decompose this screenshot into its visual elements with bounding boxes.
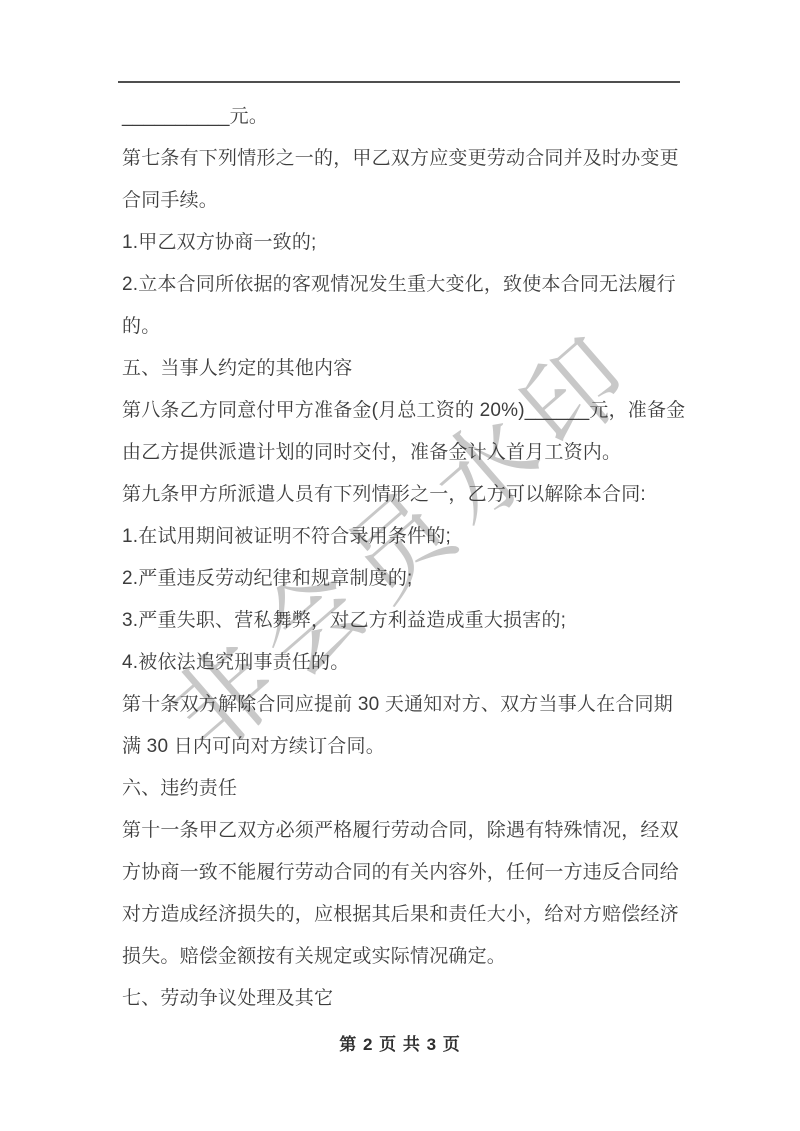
document-text-line: 2.立本合同所依据的客观情况发生重大变化，致使本合同无法履行: [122, 264, 682, 306]
document-text-line: 第八条乙方同意付甲方准备金(月总工资的 20%)______元，准备金: [122, 390, 682, 432]
document-text-line: 1.甲乙双方协商一致的;: [122, 222, 682, 264]
document-text-line: __________元。: [122, 96, 682, 138]
document-text-line: 第七条有下列情形之一的，甲乙双方应变更劳动合同并及时办变更: [122, 138, 682, 180]
document-text-line: 合同手续。: [122, 180, 682, 222]
document-text-line: 满 30 日内可向对方续订合同。: [122, 726, 682, 768]
document-text-line: 第十一条甲乙双方必须严格履行劳动合同，除遇有特殊情况，经双: [122, 810, 682, 852]
document-text-line: 对方造成经济损失的，应根据其后果和责任大小，给对方赔偿经济: [122, 894, 682, 936]
document-text-line: 2.严重违反劳动纪律和规章制度的;: [122, 558, 682, 600]
header-divider-rule: [118, 81, 680, 83]
document-text-line: 第九条甲方所派遣人员有下列情形之一，乙方可以解除本合同:: [122, 474, 682, 516]
document-text-line: 六、违约责任: [122, 768, 682, 810]
document-text-line: 的。: [122, 306, 682, 348]
document-body: __________元。第七条有下列情形之一的，甲乙双方应变更劳动合同并及时办变…: [122, 96, 682, 1020]
document-text-line: 由乙方提供派遣计划的同时交付，准备金计入首月工资内。: [122, 432, 682, 474]
document-text-line: 七、劳动争议处理及其它: [122, 978, 682, 1020]
contract-document-page: 非会员水印 __________元。第七条有下列情形之一的，甲乙双方应变更劳动合…: [0, 0, 800, 1131]
page-number-label: 第 2 页 共 3 页: [339, 1035, 461, 1054]
document-text-line: 第十条双方解除合同应提前 30 天通知对方、双方当事人在合同期: [122, 684, 682, 726]
document-text-line: 损失。赔偿金额按有关规定或实际情况确定。: [122, 936, 682, 978]
document-text-line: 3.严重失职、营私舞弊，对乙方利益造成重大损害的;: [122, 600, 682, 642]
document-text-line: 4.被依法追究刑事责任的。: [122, 642, 682, 684]
document-text-line: 方协商一致不能履行劳动合同的有关内容外，任何一方违反合同给: [122, 852, 682, 894]
document-text-line: 1.在试用期间被证明不符合录用条件的;: [122, 516, 682, 558]
page-footer: 第 2 页 共 3 页: [0, 1030, 800, 1055]
document-text-line: 五、当事人约定的其他内容: [122, 348, 682, 390]
